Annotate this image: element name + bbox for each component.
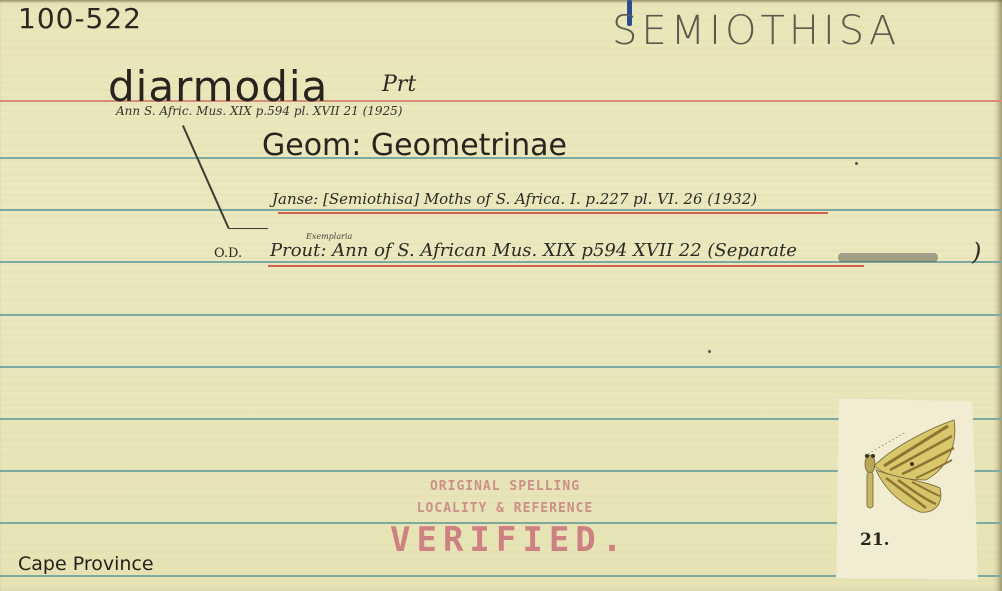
strikeout-mark: [838, 253, 938, 262]
figure-number: 21.: [860, 530, 890, 550]
ink-speck: [708, 350, 711, 353]
original-description-reference: Prout: Ann of S. African Mus. XIX p594 X…: [270, 240, 797, 261]
stamp-line-3: VERIFIED.: [390, 520, 620, 560]
blue-rule: [0, 314, 1002, 316]
catalog-number: 100-522: [18, 2, 142, 35]
pasted-plate-figure: 21.: [836, 398, 978, 580]
stamp-line-2: LOCALITY & REFERENCE: [390, 498, 620, 520]
genus-label: SEMIOTHISA: [612, 8, 900, 54]
od-label: O.D.: [214, 246, 242, 261]
janse-underline: [278, 212, 828, 214]
od-underline: [268, 265, 864, 267]
original-reference: Ann S. Afric. Mus. XIX p.594 pl. XVII 21…: [116, 104, 402, 118]
moth-icon: [856, 404, 966, 524]
locality: Cape Province: [18, 553, 154, 575]
ink-speck: [855, 162, 858, 165]
stamp-line-1: ORIGINAL SPELLING: [390, 476, 620, 498]
blue-rule: [0, 366, 1002, 368]
index-card: 100-522 SEMIOTHISA diarmodia Prt Ann S. …: [0, 0, 1002, 591]
family-subfamily: Geom: Geometrinae: [262, 128, 567, 163]
janse-reference: Janse: [Semiothisa] Moths of S. Africa. …: [272, 190, 757, 208]
bracket-line-tail: [228, 228, 268, 229]
blue-rule: [0, 209, 1002, 211]
author-abbreviation: Prt: [382, 72, 416, 97]
closing-parenthesis: ): [972, 238, 981, 266]
verified-stamp: ORIGINAL SPELLING LOCALITY & REFERENCE V…: [390, 476, 620, 560]
bracket-line: [182, 125, 229, 228]
